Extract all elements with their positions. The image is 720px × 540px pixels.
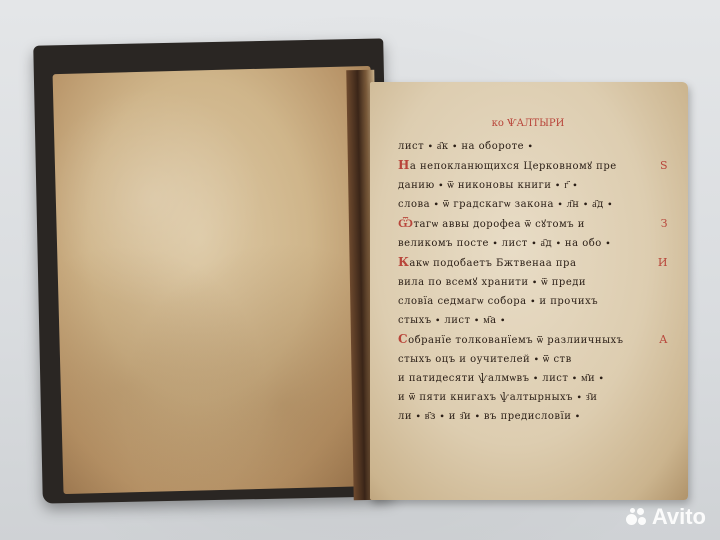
text-line: Ѿтагѡ аввы дорофеа ѿ сꙋтомъ иЗ	[398, 214, 658, 234]
line-text: лист ∙ а҃к ∙ на обороте ∙	[398, 141, 533, 152]
watermark-text: Avito	[652, 504, 706, 530]
line-text: слова ∙ ѿ градскагѡ закона ∙ л҃н ∙ а҃д ∙	[398, 199, 613, 210]
text-line: Собранїе толкованїемъ ѿ разлиичныхъА	[398, 330, 658, 350]
page-heading: ко ѰАЛТЫРИ	[398, 114, 658, 133]
text-line: ли ∙ в҃з ∙ и з҃и ∙ въ предисловїи ∙	[398, 407, 658, 426]
text-line: Какѡ подобаетъ Бжтвенаа праИ	[398, 253, 658, 273]
line-text: вила по всемꙋ хранити ∙ ѿ преди	[398, 277, 586, 288]
left-page-endpaper	[53, 66, 382, 494]
text-line: и ѿ пяти книгахъ ѱалтырныхъ ∙ з҃и	[398, 388, 658, 407]
line-text: словїа седмагѡ собора ∙ и прочихъ	[398, 296, 598, 307]
margin-number: Ѕ	[660, 156, 668, 175]
line-text: данию ∙ ѿ никоновы книги ∙ г҃ ∙	[398, 180, 578, 191]
line-text: и патидесяти ѱалмѡвъ ∙ лист ∙ м҃и ∙	[398, 373, 604, 384]
line-text: тагѡ аввы дорофеа ѿ сꙋтомъ и	[414, 219, 585, 230]
text-line: вила по всемꙋ хранити ∙ ѿ преди	[398, 273, 658, 292]
line-text: а непокланющихся Церковномꙋ пре	[410, 161, 617, 172]
red-initial: С	[398, 332, 408, 346]
line-text: великомъ посте ∙ лист ∙ а҃д ∙ на обо ∙	[398, 238, 611, 249]
text-line: и патидесяти ѱалмѡвъ ∙ лист ∙ м҃и ∙	[398, 369, 658, 388]
text-line: великомъ посте ∙ лист ∙ а҃д ∙ на обо ∙	[398, 234, 658, 253]
avito-watermark: Avito	[626, 504, 706, 530]
text-line: На непокланющихся Церковномꙋ преЅ	[398, 156, 658, 176]
line-text: обранїе толкованїемъ ѿ разлиичныхъ	[408, 335, 623, 346]
line-text: стыхъ ∙ лист ∙ м҃а ∙	[398, 315, 506, 326]
red-initial: Н	[398, 158, 410, 172]
line-text: стыхъ оцъ и оучителей ∙ ѿ ств	[398, 354, 572, 365]
right-page: ко ѰАЛТЫРИ лист ∙ а҃к ∙ на обороте ∙На н…	[370, 82, 688, 500]
text-line: стыхъ ∙ лист ∙ м҃а ∙	[398, 311, 658, 330]
margin-number: А	[659, 330, 668, 349]
red-initial: Ѿ	[398, 216, 414, 230]
text-line: слова ∙ ѿ градскагѡ закона ∙ л҃н ∙ а҃д ∙	[398, 195, 658, 214]
line-text: ли ∙ в҃з ∙ и з҃и ∙ въ предисловїи ∙	[398, 411, 580, 422]
margin-number: И	[658, 253, 668, 272]
red-initial: К	[398, 255, 409, 269]
margin-number: З	[661, 214, 668, 233]
avito-logo-icon	[626, 508, 648, 526]
text-line: словїа седмагѡ собора ∙ и прочихъ	[398, 292, 658, 311]
table-of-contents: ко ѰАЛТЫРИ лист ∙ а҃к ∙ на обороте ∙На н…	[398, 114, 658, 426]
line-text: акѡ подобаетъ Бжтвенаа пра	[409, 258, 576, 269]
text-line: лист ∙ а҃к ∙ на обороте ∙	[398, 137, 658, 156]
text-line: данию ∙ ѿ никоновы книги ∙ г҃ ∙	[398, 176, 658, 195]
photo-scene: ко ѰАЛТЫРИ лист ∙ а҃к ∙ на обороте ∙На н…	[0, 0, 720, 540]
line-text: и ѿ пяти книгахъ ѱалтырныхъ ∙ з҃и	[398, 392, 597, 403]
text-line: стыхъ оцъ и оучителей ∙ ѿ ств	[398, 350, 658, 369]
